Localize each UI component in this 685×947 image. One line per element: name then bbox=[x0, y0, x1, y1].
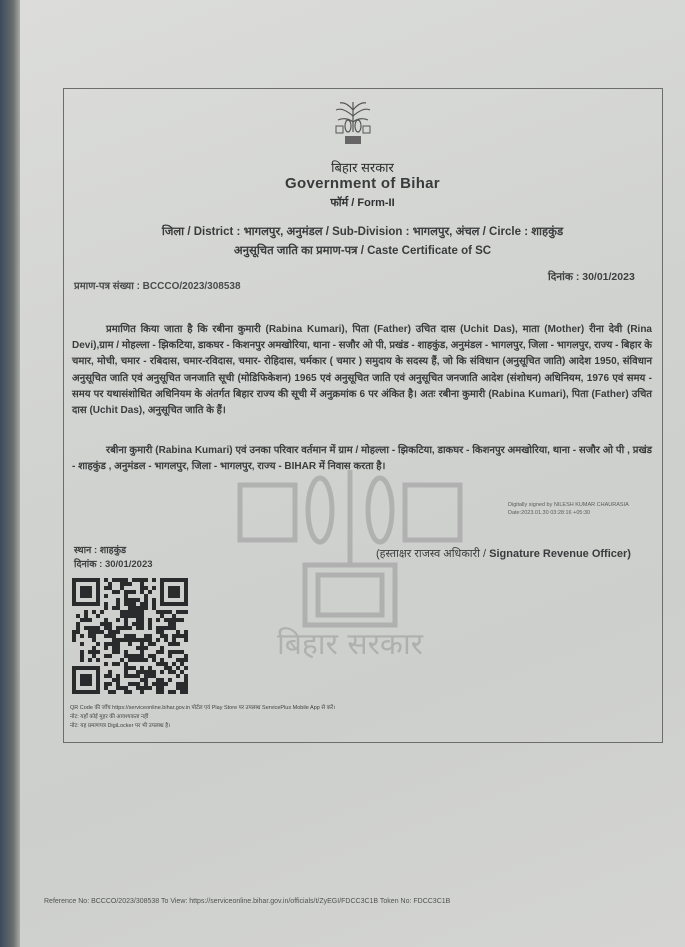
qr-seal-note: नोट: यहाँ कोई मुहर की आवश्यकता नहीं bbox=[70, 712, 148, 720]
watermark-emblem-icon: बिहार सरकार bbox=[230, 470, 470, 660]
certificate-date: दिनांक : 30/01/2023 bbox=[548, 270, 635, 284]
svg-text:बिहार सरकार: बिहार सरकार bbox=[277, 627, 424, 660]
certificate-number: प्रमाण-पत्र संख्या : BCCCO/2023/308538 bbox=[74, 278, 241, 292]
qr-code-icon[interactable] bbox=[70, 578, 190, 694]
certificate-title: अनुसूचित जाति का प्रमाण-पत्र / Caste Cer… bbox=[0, 243, 685, 258]
photo-background-edge bbox=[0, 0, 22, 947]
digital-signature: Digitally signed by NILESH KUMAR CHAURAS… bbox=[508, 501, 629, 517]
signature-label-english: Signature Revenue Officer) bbox=[489, 548, 631, 560]
place-date-label: दिनांक : 30/01/2023 bbox=[74, 557, 153, 570]
hindi-government-title: बिहार सरकार bbox=[0, 158, 685, 176]
bihar-emblem-icon bbox=[330, 96, 376, 150]
qr-verification-note: QR Code की जाँच https://serviceonline.bi… bbox=[70, 703, 335, 711]
digital-signature-signer: Digitally signed by NILESH KUMAR CHAURAS… bbox=[508, 501, 629, 509]
signature-revenue-officer-label: (हस्ताक्षर राजस्व अधिकारी / Signature Re… bbox=[376, 546, 631, 561]
signature-label-hindi: (हस्ताक्षर राजस्व अधिकारी / bbox=[376, 548, 489, 560]
place-label: स्थान : शाहकुंड bbox=[74, 543, 126, 556]
qr-digilocker-note: नोट: यह प्रमाणपत्र DigiLocker पर भी उपलब… bbox=[70, 721, 170, 729]
digital-signature-date: Date:2023.01.30 03:28:16 +05:30 bbox=[508, 509, 629, 517]
reference-footer: Reference No: BCCCO/2023/308538 To View:… bbox=[44, 898, 450, 905]
form-label: फॉर्म / Form-II bbox=[0, 195, 685, 210]
district-line: जिला / District : भागलपुर, अनुमंडल / Sub… bbox=[0, 224, 685, 239]
government-title: Government of Bihar bbox=[0, 175, 685, 192]
certification-paragraph: प्रमाणित किया जाता है कि रबीना कुमारी (R… bbox=[72, 322, 652, 419]
residence-paragraph: रबीना कुमारी (Rabina Kumari) एवं उनका पर… bbox=[72, 443, 652, 475]
